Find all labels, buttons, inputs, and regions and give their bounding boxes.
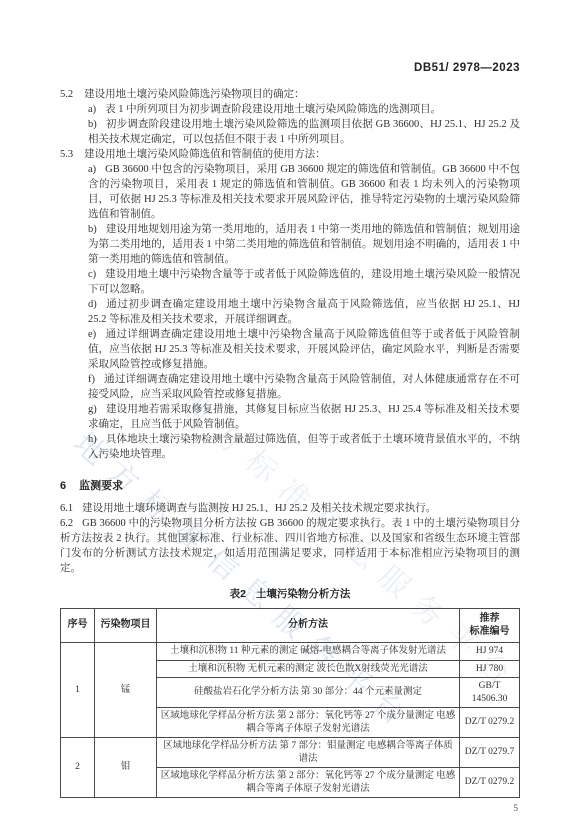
table-2-caption: 表2土壤污染物分析方法 <box>60 586 520 601</box>
standard-cell: DZ/T 0279.7 <box>460 738 520 768</box>
table-caption-label: 表2 <box>230 588 246 600</box>
item-text: 初步调查阶段建设用地土壤污染风险筛选的监测项目依据 GB 36600、HJ 25… <box>88 119 520 145</box>
standard-cell: HJ 974 <box>460 643 520 661</box>
table-caption-title: 土壤污染物分析方法 <box>256 588 351 600</box>
clause-title: 建设用地土壤污染风险筛选污染物项目的确定： <box>84 89 305 100</box>
standard-cell: GB/T 14506.30 <box>460 678 520 708</box>
section-title: 监测要求 <box>79 480 123 492</box>
clause-5-3-heading: 5.3建设用地土壤污染风险筛选值和管制值的使用方法： <box>60 147 520 162</box>
table-header-row: 序号 污染物项目 分析方法 推荐 标准编号 <box>61 609 520 643</box>
clause-item: a)表 1 中所列项目为初步调查阶段建设用地土壤污染风险筛选的选测项目。 <box>88 102 520 117</box>
clause-title: 建设用地土壤污染风险筛选值和管制值的使用方法： <box>84 149 326 160</box>
item-label: a) <box>88 164 96 175</box>
table-row: 1 锰 土壤和沉积物 11 种元素的测定 碱熔-电感耦合等离子体发射光谱法 HJ… <box>61 643 520 661</box>
item-label: g) <box>88 404 97 415</box>
pollutant-cell: 锰 <box>95 643 157 738</box>
clause-item: b)初步调查阶段建设用地土壤污染风险筛选的监测项目依据 GB 36600、HJ … <box>88 117 520 147</box>
column-header-standard-line1: 推荐 <box>462 613 517 626</box>
document-number: DB51/ 2978—2023 <box>60 62 520 74</box>
clause-item: e)通过详细调查确定建设用地土壤中污染物含量高于风险筛选值但等于或者低于风险管制… <box>88 327 520 372</box>
paragraph-text: GB 36600 中的污染物项目分析方法按 GB 36600 的规定要求执行。表… <box>60 518 520 574</box>
column-header-no: 序号 <box>61 609 95 643</box>
method-cell: 区域地球化学样品分析方法 第 7 部分：钼量测定 电感耦合等离子体质谱法 <box>157 738 460 768</box>
item-label: e) <box>88 329 96 340</box>
clause-5-2-heading: 5.2建设用地土壤污染风险筛选污染物项目的确定： <box>60 87 520 102</box>
analysis-methods-table: 序号 污染物项目 分析方法 推荐 标准编号 1 锰 土壤和沉积物 11 种元素的… <box>60 608 520 798</box>
item-text: 通过详细调查确定建设用地土壤中污染物含量高于风险管制值，对人体健康通常存在不可接… <box>88 374 520 400</box>
clause-item: b)建设用地规划用途为第一类用地的，适用表 1 中第一类用地的筛选值和管制值；规… <box>88 222 520 267</box>
item-text: 通过详细调查确定建设用地土壤中污染物含量高于风险筛选值但等于或者低于风险管制值，… <box>88 329 520 370</box>
clause-item: g)建设用地若需采取修复措施，其修复目标应当依据 HJ 25.3、HJ 25.4… <box>88 402 520 432</box>
item-text: 表 1 中所列项目为初步调查阶段建设用地土壤污染风险筛选的选测项目。 <box>105 104 441 115</box>
standard-cell: DZ/T 0279.2 <box>460 708 520 738</box>
column-header-standard-line2: 标准编号 <box>462 626 517 639</box>
item-text: GB 36600 中包含的污染物项目，采用 GB 36600 规定的筛选值和管制… <box>88 164 520 220</box>
clause-item: f)通过详细调查确定建设用地土壤中污染物含量高于风险管制值，对人体健康通常存在不… <box>88 372 520 402</box>
method-cell: 土壤和沉积物 无机元素的测定 波长色散X射线荧光光谱法 <box>157 660 460 678</box>
pollutant-cell: 钼 <box>95 738 157 798</box>
standard-cell: HJ 780 <box>460 660 520 678</box>
method-cell: 区域地球化学样品分析方法 第 2 部分：氧化钙等 27 个成分量测定 电感耦合等… <box>157 708 460 738</box>
section-6-heading: 6监测要求 <box>60 479 520 494</box>
clause-item: d)通过初步调查确定建设用地土壤中污染物含量高于风险筛选值，应当依据 HJ 25… <box>88 297 520 327</box>
paragraph-number: 6.1 <box>60 503 73 514</box>
method-cell: 硅酸盐岩石化学分析方法 第 30 部分：44 个元素量测定 <box>157 678 460 708</box>
item-label: h) <box>88 434 97 445</box>
section-number: 6 <box>60 480 66 492</box>
row-no-cell: 1 <box>61 643 95 738</box>
column-header-method: 分析方法 <box>157 609 460 643</box>
method-cell: 区域地球化学样品分析方法 第 2 部分：氧化钙等 27 个成分量测定 电感耦合等… <box>157 768 460 798</box>
clause-number: 5.3 <box>60 149 73 160</box>
clause-item: c)建设用地土壤中污染物含量等于或者低于风险筛选值的，建设用地土壤污染风险一般情… <box>88 267 520 297</box>
item-label: b) <box>88 119 97 130</box>
page-number: 5 <box>60 804 520 814</box>
row-no-cell: 2 <box>61 738 95 798</box>
item-text: 具体地块土壤污染物检测含量超过筛选值，但等于或者低于土壤环境背景值水平的，不纳入… <box>88 434 520 460</box>
clause-number: 5.2 <box>60 89 73 100</box>
clause-item: h)具体地块土壤污染物检测含量超过筛选值，但等于或者低于土壤环境背景值水平的，不… <box>88 432 520 462</box>
column-header-standard: 推荐 标准编号 <box>460 609 520 643</box>
page-content: DB51/ 2978—2023 5.2建设用地土壤污染风险筛选污染物项目的确定：… <box>60 62 520 814</box>
item-text: 建设用地规划用途为第一类用地的，适用表 1 中第一类用地的筛选值和管制值；规划用… <box>88 224 520 265</box>
column-header-pollutant: 污染物项目 <box>95 609 157 643</box>
document-page: 地方标准信息服务平台 地方标准信息服务平台 DB51/ 2978—2023 5.… <box>0 0 578 818</box>
paragraph-text: 建设用地土壤环境调查与监测按 HJ 25.1、HJ 25.2 及相关技术规定要求… <box>82 503 436 514</box>
item-label: f) <box>88 374 95 385</box>
method-cell: 土壤和沉积物 11 种元素的测定 碱熔-电感耦合等离子体发射光谱法 <box>157 643 460 661</box>
paragraph-6-1: 6.1建设用地土壤环境调查与监测按 HJ 25.1、HJ 25.2 及相关技术规… <box>60 501 520 516</box>
paragraph-6-2: 6.2GB 36600 中的污染物项目分析方法按 GB 36600 的规定要求执… <box>60 516 520 576</box>
clause-item: a)GB 36600 中包含的污染物项目，采用 GB 36600 规定的筛选值和… <box>88 162 520 222</box>
item-text: 建设用地若需采取修复措施，其修复目标应当依据 HJ 25.3、HJ 25.4 等… <box>88 404 520 430</box>
item-text: 通过初步调查确定建设用地土壤中污染物含量高于风险筛选值，应当依据 HJ 25.1… <box>88 299 520 325</box>
item-label: b) <box>88 224 97 235</box>
table-row: 2 钼 区域地球化学样品分析方法 第 7 部分：钼量测定 电感耦合等离子体质谱法… <box>61 738 520 768</box>
item-label: c) <box>88 269 96 280</box>
paragraph-number: 6.2 <box>60 518 73 529</box>
standard-cell: DZ/T 0279.2 <box>460 768 520 798</box>
item-label: d) <box>88 299 97 310</box>
item-text: 建设用地土壤中污染物含量等于或者低于风险筛选值的，建设用地土壤污染风险一般情况下… <box>88 269 520 295</box>
item-label: a) <box>88 104 96 115</box>
